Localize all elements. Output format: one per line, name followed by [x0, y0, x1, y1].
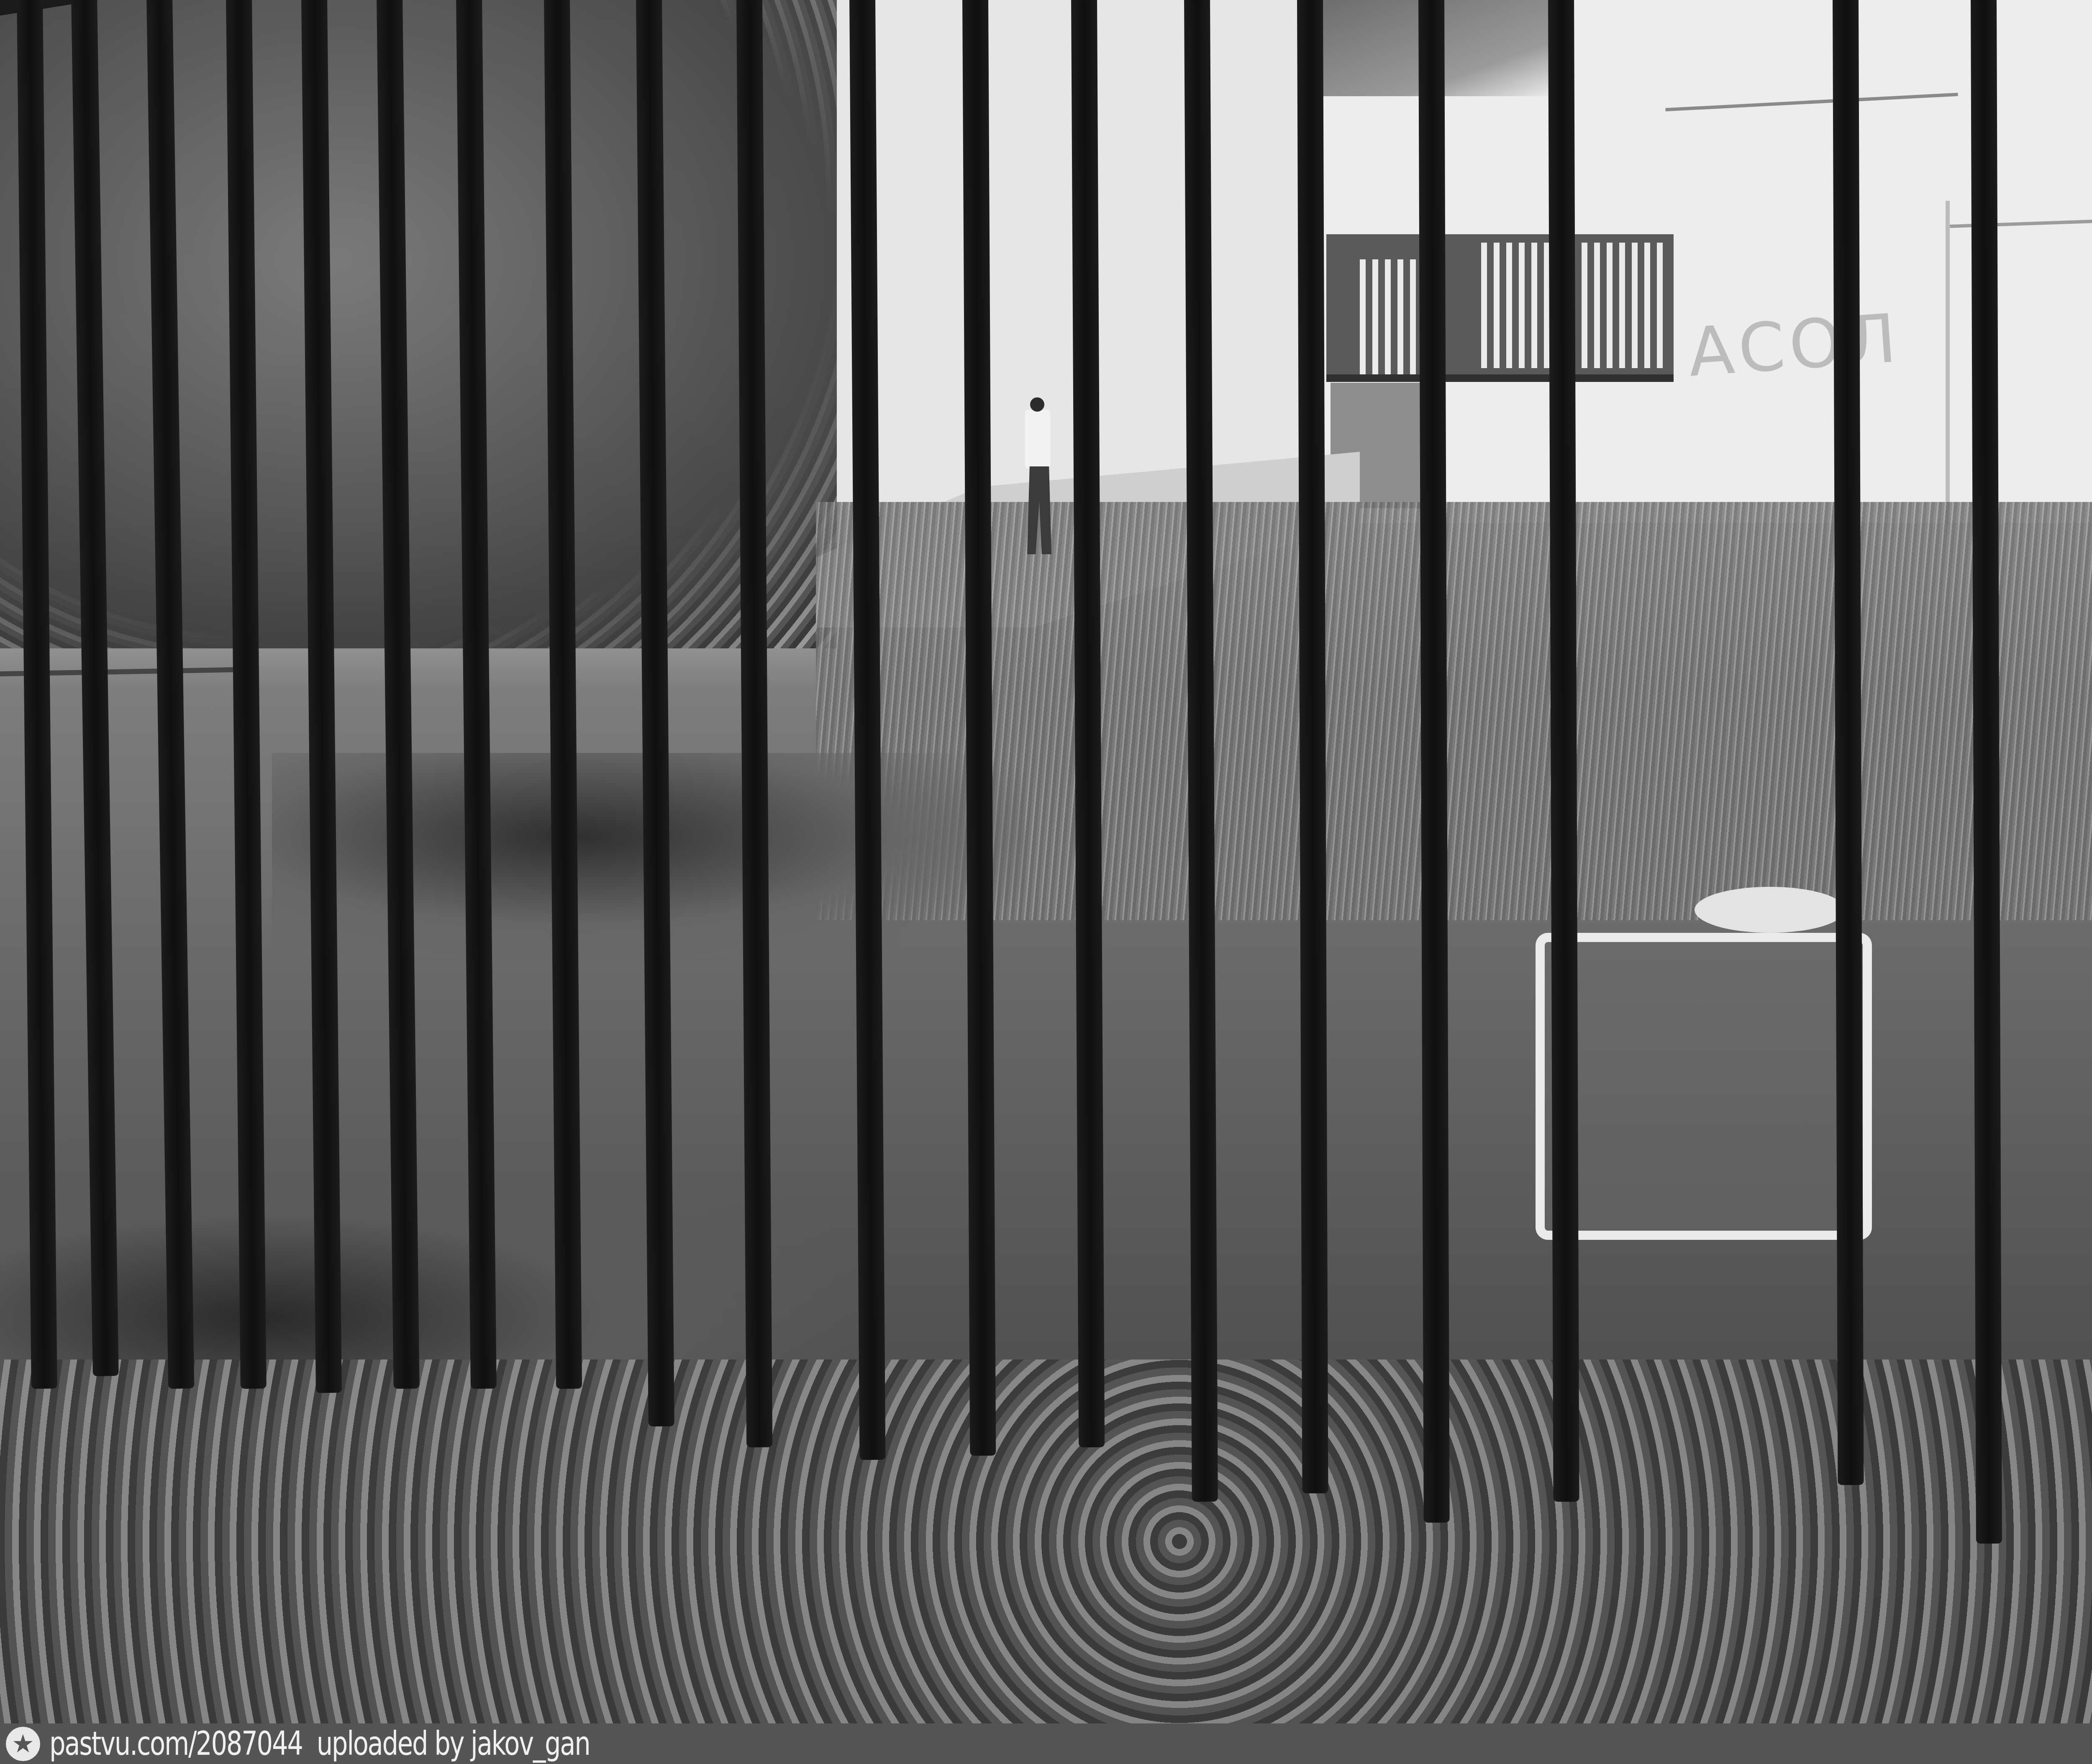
foreground-weeds — [0, 1359, 2092, 1723]
caption-text: pastvu.com/2087044 uploaded by jakov_gan — [49, 1725, 590, 1763]
fence-bar — [1833, 0, 1864, 1485]
pastvu-star-logo-icon: ★ — [6, 1727, 40, 1761]
fence-bar — [1418, 0, 1450, 1523]
photograph: АСОЛ — [0, 0, 2092, 1723]
trees-and-shrubs — [0, 0, 837, 648]
graffiti: АСОЛ — [1686, 297, 1929, 456]
metal-cot-frame — [1536, 933, 1872, 1240]
caption-bar: ★ pastvu.com/2087044 uploaded by jakov_g… — [0, 1723, 2092, 1764]
boy-head — [1030, 397, 1044, 412]
window-sill — [1326, 374, 1674, 382]
uploader-credit: uploaded by jakov_gan — [317, 1725, 590, 1763]
building-corner — [1946, 201, 1950, 535]
site-url: pastvu.com/2087044 — [49, 1725, 303, 1763]
discarded-object — [1695, 887, 1845, 933]
fence-bar — [1297, 0, 1328, 1493]
sky-background — [816, 0, 1318, 502]
boy-figure — [1025, 410, 1050, 469]
fence-bar — [1548, 0, 1579, 1502]
fence-bar — [1971, 0, 2002, 1544]
